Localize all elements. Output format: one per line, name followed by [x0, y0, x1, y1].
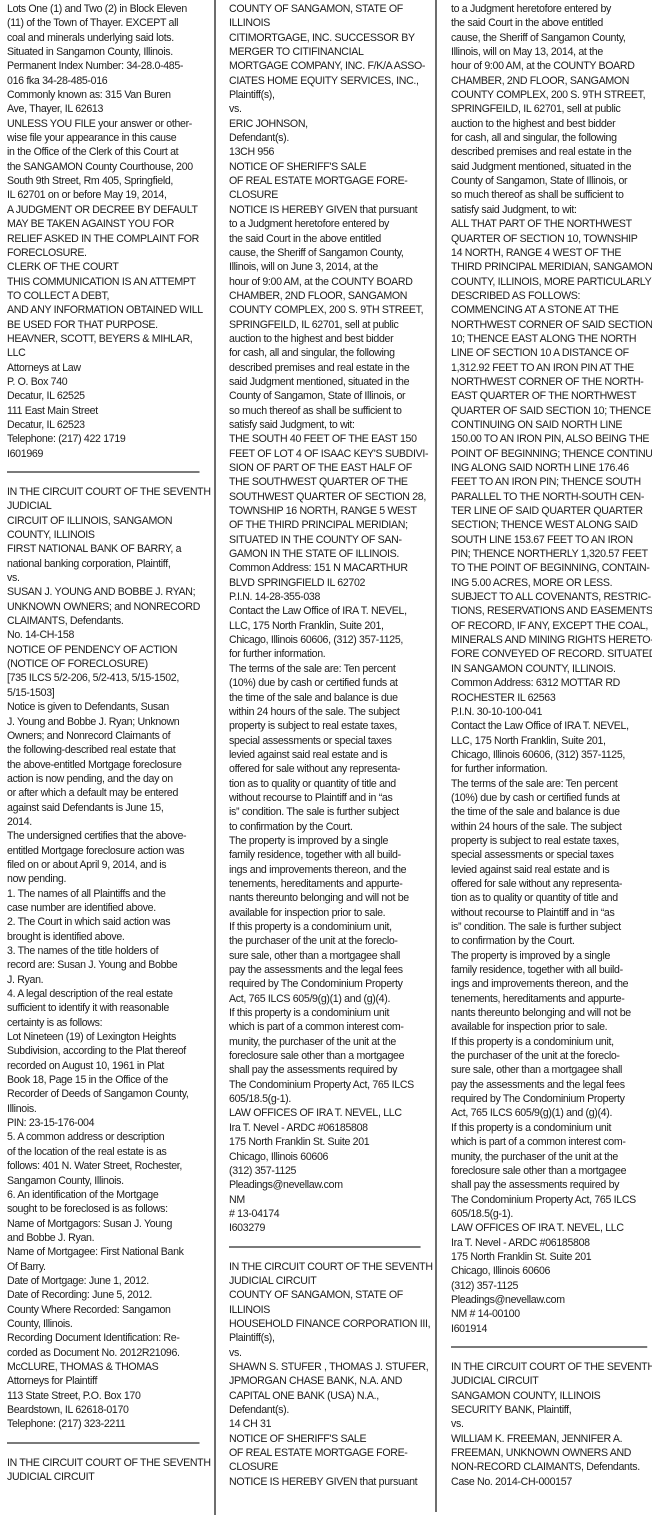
notice-line: family residence, together with all buil…: [451, 963, 647, 977]
notice-line: The undersigned certifies that the above…: [7, 829, 200, 843]
notice-line: Name of Mortgagors: Susan J. Young: [7, 1217, 200, 1231]
notice-line: Case No. 2014-CH-000157: [451, 1475, 647, 1489]
notice-line: Commonly known as: 315 Van Buren: [7, 88, 200, 102]
notice-line: within 24 hours of the sale. The subject: [451, 820, 647, 834]
notice-line: ILLINOIS: [229, 1303, 421, 1317]
notice-line: SITUATED IN THE COUNTY OF SAN-: [229, 533, 421, 547]
notice-line: I601914: [451, 1322, 647, 1336]
notice-line: Ira T. Nevel - ARDC #06185808: [229, 1121, 421, 1135]
notice-line: GAMON IN THE STATE OF ILLINOIS.: [229, 547, 421, 561]
notice-line: Decatur, IL 62525: [7, 389, 200, 403]
notice-line: The terms of the sale are: Ten percent: [451, 777, 647, 791]
notice-line: the SANGAMON County Courthouse, 200: [7, 160, 200, 174]
notice-line: the time of the sale and balance is due: [451, 805, 647, 819]
notice-line: 175 North Franklin St. Suite 201: [229, 1135, 421, 1149]
notice-line: Sangamon County, Illinois.: [7, 1174, 200, 1188]
notice-separator: [7, 1442, 200, 1444]
notice-line: nants thereunto belonging and will not b…: [229, 891, 421, 905]
notice-line: PIN: 23-15-176-004: [7, 1116, 200, 1130]
notice-line: 5. A common address or description: [7, 1130, 200, 1144]
notice-line: I603279: [229, 1221, 421, 1235]
notice-line: foreclosure sale other than a mortgagee: [229, 1049, 421, 1063]
notice-line: The property is improved by a single: [451, 949, 647, 963]
notice-line: said Judgment mentioned, situated in the: [451, 160, 647, 174]
notice-line: within 24 hours of the sale. The subject: [229, 705, 421, 719]
notice-line: tion as to quality or quantity of title …: [229, 777, 421, 791]
notice-line: NOTICE OF SHERIFF'S SALE: [229, 1432, 421, 1446]
notice-line: CLAIMANTS, Defendants.: [7, 614, 200, 628]
notice-line: If this property is a condominium unit,: [229, 920, 421, 934]
legal-notice: IN THE CIRCUIT COURT OF THE SEVENTHJUDIC…: [7, 485, 200, 1432]
notice-line: IL 62701 on or before May 19, 2014,: [7, 188, 200, 202]
notice-line: DESCRIBED AS FOLLOWS:: [451, 289, 647, 303]
notice-line: said Judgment mentioned, situated in the: [229, 375, 421, 389]
notice-line: Name of Mortgagee: First National Bank: [7, 1245, 200, 1259]
notice-line: foreclosure sale other than a mortgagee: [451, 1164, 647, 1178]
notice-line: COMMENCING AT A STONE AT THE: [451, 303, 647, 317]
notice-line: which is part of a common interest com-: [451, 1135, 647, 1149]
notice-line: P.I.N. 14-28-355-038: [229, 590, 421, 604]
notice-line: NM: [229, 1193, 421, 1207]
notice-line: CAPITAL ONE BANK (USA) N.A.,: [229, 1389, 421, 1403]
notice-line: FORECLOSURE.: [7, 246, 200, 260]
notice-line: to a Judgment heretofore entered by: [451, 2, 647, 16]
notice-line: OF REAL ESTATE MORTGAGE FORE-: [229, 174, 421, 188]
notice-line: The property is improved by a single: [229, 834, 421, 848]
notice-line: JUDICIAL CIRCUIT: [229, 1274, 421, 1288]
notice-line: SHAWN S. STUFER , THOMAS J. STUFER,: [229, 1360, 421, 1374]
notice-line: ROCHESTER IL 62563: [451, 691, 647, 705]
notice-line: JPMORGAN CHASE BANK, N.A. AND: [229, 1374, 421, 1388]
notice-line: Chicago, Illinois 60606, (312) 357-1125,: [451, 748, 647, 762]
notice-line: vs.: [229, 102, 421, 116]
notice-line: auction to the highest and best bidder: [229, 332, 421, 346]
notice-line: Illinois.: [7, 1102, 200, 1116]
notice-line: If this property is a condominium unit: [229, 1006, 421, 1020]
notice-line: Recording Document Identification: Re-: [7, 1331, 200, 1345]
notice-line: the purchaser of the unit at the foreclo…: [229, 934, 421, 948]
notice-line: 14 CH 31: [229, 1417, 421, 1431]
notice-line: SOUTHWEST QUARTER OF SECTION 28,: [229, 490, 421, 504]
notice-line: Contact the Law Office of IRA T. NEVEL,: [229, 604, 421, 618]
notice-line: P.I.N. 30-10-100-041: [451, 705, 647, 719]
notice-line: (11) of the Town of Thayer. EXCEPT all: [7, 16, 200, 30]
legal-notices-page: Lots One (1) and Two (2) in Block Eleven…: [0, 0, 652, 1527]
notice-line: Decatur, IL 62523: [7, 418, 200, 432]
notice-line: munity, the purchaser of the unit at the: [451, 1150, 647, 1164]
notice-line: CIRCUIT OF ILLINOIS, SANGAMON: [7, 514, 200, 528]
notice-line: levied against said real estate and is: [451, 863, 647, 877]
notice-line: RELIEF ASKED IN THE COMPLAINT FOR: [7, 232, 200, 246]
notice-line: NM # 14-00100: [451, 1307, 647, 1321]
notice-line: Contact the Law Office of IRA T. NEVEL,: [451, 719, 647, 733]
notice-line: If this property is a condominium unit: [451, 1121, 647, 1135]
notice-line: required by The Condominium Property: [229, 977, 421, 991]
notice-line: CHAMBER, 2ND FLOOR, SANGAMON: [229, 289, 421, 303]
notice-line: for cash, all and singular, the followin…: [229, 346, 421, 360]
notice-line: recorded on August 10, 1961 in Plat: [7, 1059, 200, 1073]
notice-line: HOUSEHOLD FINANCE CORPORATION III,: [229, 1317, 421, 1331]
notice-line: J. Ryan.: [7, 973, 200, 987]
notice-line: (10%) due by cash or certified funds at: [451, 791, 647, 805]
notice-line: CONTINUING ON SAID NORTH LINE: [451, 418, 647, 432]
legal-notice: IN THE CIRCUIT COURT OF THE SEVENTHJUDIC…: [451, 1360, 647, 1489]
notice-line: available for inspection prior to sale.: [229, 906, 421, 920]
notice-line: County of Sangamon, State of Illinois, o…: [451, 174, 647, 188]
notice-line: Ira T. Nevel - ARDC #06185808: [451, 1236, 647, 1250]
notice-line: SUSAN J. YOUNG AND BOBBE J. RYAN;: [7, 585, 200, 599]
notice-line: EAST QUARTER OF THE NORTHWEST: [451, 389, 647, 403]
notice-line: or after which a default may be entered: [7, 786, 200, 800]
notice-line: is” condition. The sale is further subje…: [451, 920, 647, 934]
notice-line: OF RECORD, IF ANY, EXCEPT THE COAL,: [451, 619, 647, 633]
notice-line: Chicago, Illinois 60606: [229, 1150, 421, 1164]
notice-line: IN THE CIRCUIT COURT OF THE SEVENTH: [229, 1260, 421, 1274]
notice-line: I601969: [7, 447, 200, 461]
notice-line: tion as to quality or quantity of title …: [451, 891, 647, 905]
notice-line: cause, the Sheriff of Sangamon County,: [451, 31, 647, 45]
notice-line: property is subject to real estate taxes…: [229, 719, 421, 733]
notice-line: entitled Mortgage foreclosure action was: [7, 844, 200, 858]
notice-line: Defendant(s).: [229, 131, 421, 145]
notice-line: 175 North Franklin St. Suite 201: [451, 1250, 647, 1264]
notice-line: auction to the highest and best bidder: [451, 117, 647, 131]
column-divider-2: [435, 0, 437, 1512]
notice-line: required by The Condominium Property: [451, 1092, 647, 1106]
notice-line: LLC, 175 North Franklin, Suite 201,: [229, 619, 421, 633]
notice-line: # 13-04174: [229, 1207, 421, 1221]
notice-line: 111 East Main Street: [7, 404, 200, 418]
notice-line: MINERALS AND MINING RIGHTS HERETO-: [451, 633, 647, 647]
notice-line: MAY BE TAKEN AGAINST YOU FOR: [7, 217, 200, 231]
notice-line: FIRST NATIONAL BANK OF BARRY, a: [7, 542, 200, 556]
notice-line: COUNTY, ILLINOIS, MORE PARTICULARLY: [451, 275, 647, 289]
notice-line: AND ANY INFORMATION OBTAINED WILL: [7, 303, 200, 317]
notice-line: action is now pending, and the day on: [7, 772, 200, 786]
notice-line: the said Court in the above entitled: [229, 232, 421, 246]
notice-line: NORTHWEST CORNER OF SAID SECTION: [451, 318, 647, 332]
notice-line: which is part of a common interest com-: [229, 1020, 421, 1034]
notice-line: tenements, hereditaments and appurte-: [229, 877, 421, 891]
notice-line: FORE CONVEYED OF RECORD. SITUATED: [451, 647, 647, 661]
notice-line: pay the assessments and the legal fees: [451, 1078, 647, 1092]
notice-line: record are: Susan J. Young and Bobbe: [7, 958, 200, 972]
notice-line: If this property is a condominium unit,: [451, 1035, 647, 1049]
notice-line: County Where Recorded: Sangamon: [7, 1303, 200, 1317]
notice-line: Pleadings@nevellaw.com: [229, 1178, 421, 1192]
legal-notice: to a Judgment heretofore entered bythe s…: [451, 2, 647, 1336]
notice-line: pay the assessments and the legal fees: [229, 963, 421, 977]
notice-line: The Condominium Property Act, 765 ILCS: [451, 1193, 647, 1207]
notice-line: satisfy said Judgment, to wit:: [229, 418, 421, 432]
notice-line: [735 ILCS 5/2-206, 5/2-413, 5/15-1502,: [7, 671, 200, 685]
column-3: to a Judgment heretofore entered bythe s…: [451, 2, 647, 1489]
notice-line: levied against said real estate and is: [229, 748, 421, 762]
notice-line: (312) 357-1125: [451, 1279, 647, 1293]
notice-line: 016 fka 34-28-485-016: [7, 74, 200, 88]
notice-line: Telephone: (217) 323-2211: [7, 1417, 200, 1431]
notice-line: The terms of the sale are: Ten percent: [229, 662, 421, 676]
notice-line: ings and improvements thereon, and the: [451, 977, 647, 991]
notice-line: the time of the sale and balance is due: [229, 691, 421, 705]
notice-line: described premises and real estate in th…: [451, 145, 647, 159]
notice-line: 2014.: [7, 815, 200, 829]
notice-line: Act, 765 ILCS 605/9(g)(1) and (g)(4).: [229, 992, 421, 1006]
notice-line: FEET TO AN IRON PIN; THENCE SOUTH: [451, 475, 647, 489]
notice-line: CLERK OF THE COURT: [7, 260, 200, 274]
notice-line: JUDICIAL CIRCUIT: [7, 1470, 200, 1484]
notice-line: Book 18, Page 15 in the Office of the: [7, 1073, 200, 1087]
notice-line: Common Address: 6312 MOTTAR RD: [451, 676, 647, 690]
notice-line: NOTICE OF SHERIFF'S SALE: [229, 160, 421, 174]
notice-line: P. O. Box 740: [7, 375, 200, 389]
legal-notice: IN THE CIRCUIT COURT OF THE SEVENTHJUDIC…: [7, 1456, 200, 1485]
notice-line: TO COLLECT A DEBT,: [7, 289, 200, 303]
notice-line: NORTHWEST CORNER OF THE NORTH-: [451, 375, 647, 389]
notice-line: 1,312.92 FEET TO AN IRON PIN AT THE: [451, 361, 647, 375]
notice-line: Illinois, will on June 3, 2014, at the: [229, 260, 421, 274]
notice-line: OF REAL ESTATE MORTGAGE FORE-: [229, 1446, 421, 1460]
notice-line: in the Office of the Clerk of this Court…: [7, 145, 200, 159]
notice-line: Chicago, Illinois 60606, (312) 357-1125,: [229, 633, 421, 647]
notice-line: LAW OFFICES OF IRA T. NEVEL, LLC: [229, 1106, 421, 1120]
notice-line: of the location of the real estate is as: [7, 1145, 200, 1159]
notice-line: IN SANGAMON COUNTY, ILLINOIS.: [451, 662, 647, 676]
notice-line: Situated in Sangamon County, Illinois.: [7, 45, 200, 59]
notice-line: QUARTER OF SECTION 10, TOWNSHIP: [451, 232, 647, 246]
notice-line: vs.: [7, 571, 200, 585]
notice-line: Attorneys for Plaintiff: [7, 1374, 200, 1388]
notice-line: LLC: [7, 346, 200, 360]
notice-line: SION OF PART OF THE EAST HALF OF: [229, 461, 421, 475]
notice-line: certainty is as follows:: [7, 1016, 200, 1030]
notice-line: the said Court in the above entitled: [451, 16, 647, 30]
notice-line: CLOSURE: [229, 1460, 421, 1474]
notice-line: special assessments or special taxes: [229, 734, 421, 748]
notice-line: satisfy said Judgment, to wit:: [451, 203, 647, 217]
notice-line: for further information.: [229, 647, 421, 661]
notice-line: J. Young and Bobbe J. Ryan; Unknown: [7, 715, 200, 729]
notice-line: MERGER TO CITIFINANCIAL: [229, 45, 421, 59]
notice-line: SANGAMON COUNTY, ILLINOIS: [451, 1389, 647, 1403]
notice-line: sought to be foreclosed is as follows:: [7, 1202, 200, 1216]
notice-line: BE USED FOR THAT PURPOSE.: [7, 318, 200, 332]
notice-line: LINE OF SECTION 10 A DISTANCE OF: [451, 346, 647, 360]
notice-line: for further information.: [451, 762, 647, 776]
notice-line: munity, the purchaser of the unit at the: [229, 1035, 421, 1049]
notice-line: property is subject to real estate taxes…: [451, 834, 647, 848]
notice-line: 605/18.5(g-1).: [451, 1207, 647, 1221]
notice-line: Date of Recording: June 5, 2012.: [7, 1288, 200, 1302]
notice-line: The Condominium Property Act, 765 ILCS: [229, 1078, 421, 1092]
notice-line: ALL THAT PART OF THE NORTHWEST: [451, 217, 647, 231]
notice-line: case number are identified above.: [7, 901, 200, 915]
notice-line: THE SOUTHWEST QUARTER OF THE: [229, 475, 421, 489]
notice-line: Attorneys at Law: [7, 361, 200, 375]
notice-line: SOUTH LINE 153.67 FEET TO AN IRON: [451, 533, 647, 547]
notice-line: JUDICIAL: [7, 499, 200, 513]
column-2: COUNTY OF SANGAMON, STATE OFILLINOISCITI…: [229, 2, 421, 1489]
notice-line: FREEMAN, UNKNOWN OWNERS AND: [451, 1446, 647, 1460]
notice-line: CIATES HOME EQUITY SERVICES, INC.,: [229, 74, 421, 88]
notice-line: Beardstown, IL 62618-0170: [7, 1403, 200, 1417]
notice-line: THIS COMMUNICATION IS AN ATTEMPT: [7, 275, 200, 289]
notice-line: so much thereof as shall be sufficient t…: [451, 188, 647, 202]
notice-line: THE SOUTH 40 FEET OF THE EAST 150: [229, 432, 421, 446]
notice-line: Plaintiff(s),: [229, 88, 421, 102]
notice-line: Ave, Thayer, IL 62613: [7, 102, 200, 116]
notice-line: for cash, all and singular, the followin…: [451, 131, 647, 145]
notice-line: (NOTICE OF FORECLOSURE): [7, 657, 200, 671]
notice-line: hour of 9:00 AM, at the COUNTY BOARD: [451, 59, 647, 73]
notice-line: THIRD PRINCIPAL MERIDIAN, SANGAMON: [451, 260, 647, 274]
notice-line: COUNTY OF SANGAMON, STATE OF: [229, 2, 421, 16]
notice-line: Notice is given to Defendants, Susan: [7, 700, 200, 714]
notice-line: 150.00 TO AN IRON PIN, ALSO BEING THE: [451, 432, 647, 446]
notice-line: NOTICE OF PENDENCY OF ACTION: [7, 643, 200, 657]
notice-line: Plaintiff(s),: [229, 1331, 421, 1345]
notice-line: County, Illinois.: [7, 1317, 200, 1331]
notice-line: Owners; and Nonrecord Claimants of: [7, 729, 200, 743]
notice-line: NON-RECORD CLAIMANTS, Defendants.: [451, 1460, 647, 1474]
notice-line: NOTICE IS HEREBY GIVEN that pursuant: [229, 1475, 421, 1489]
notice-line: PIN; THENCE NORTHERLY 1,320.57 FEET: [451, 547, 647, 561]
notice-line: TER LINE OF SAID QUARTER QUARTER: [451, 504, 647, 518]
notice-line: offered for sale without any representa-: [451, 877, 647, 891]
notice-line: Illinois, will on May 13, 2014, at the: [451, 45, 647, 59]
notice-line: COUNTY COMPLEX, 200 S. 9TH STREET,: [451, 88, 647, 102]
notice-line: CHAMBER, 2ND FLOOR, SANGAMON: [451, 74, 647, 88]
notice-line: (312) 357-1125: [229, 1164, 421, 1178]
column-divider-1: [214, 0, 216, 1515]
notice-line: vs.: [229, 1346, 421, 1360]
notice-line: nants thereunto belonging and will not b…: [451, 1006, 647, 1020]
notice-line: PARALLEL TO THE NORTH-SOUTH CEN-: [451, 490, 647, 504]
notice-line: (10%) due by cash or certified funds at: [229, 676, 421, 690]
notice-line: against said Defendants is June 15,: [7, 801, 200, 815]
notice-line: ILLINOIS: [229, 16, 421, 30]
notice-line: Subdivision, according to the Plat there…: [7, 1044, 200, 1058]
notice-line: brought is identified above.: [7, 930, 200, 944]
notice-line: QUARTER OF SAID SECTION 10; THENCE: [451, 404, 647, 418]
notice-line: Defendant(s).: [229, 1403, 421, 1417]
notice-line: corded as Document No. 2012R21096.: [7, 1346, 200, 1360]
notice-line: 113 State Street, P.O. Box 170: [7, 1389, 200, 1403]
notice-line: Act, 765 ILCS 605/9(g)(1) and (g)(4).: [451, 1106, 647, 1120]
notice-line: without recourse to Plaintiff and in “as: [229, 791, 421, 805]
notice-line: Lot Nineteen (19) of Lexington Heights: [7, 1030, 200, 1044]
notice-line: shall pay the assessments required by: [229, 1063, 421, 1077]
notice-line: IN THE CIRCUIT COURT OF THE SEVENTH: [7, 1456, 200, 1470]
notice-line: national banking corporation, Plaintiff,: [7, 557, 200, 571]
notice-line: Of Barry.: [7, 1260, 200, 1274]
notice-line: Permanent Index Number: 34-28.0-485-: [7, 59, 200, 73]
notice-line: TIONS, RESERVATIONS AND EASEMENTS: [451, 604, 647, 618]
notice-line: to a Judgment heretofore entered by: [229, 217, 421, 231]
notice-line: wise file your appearance in this cause: [7, 131, 200, 145]
notice-line: MORTGAGE COMPANY, INC. F/K/A ASSO-: [229, 59, 421, 73]
notice-line: 10; THENCE EAST ALONG THE NORTH: [451, 332, 647, 346]
notice-line: LAW OFFICES OF IRA T. NEVEL, LLC: [451, 1221, 647, 1235]
notice-line: County of Sangamon, State of Illinois, o…: [229, 389, 421, 403]
notice-line: FEET OF LOT 4 OF ISAAC KEY'S SUBDIVI-: [229, 447, 421, 461]
notice-line: so much thereof as shall be sufficient t…: [229, 404, 421, 418]
notice-line: HEAVNER, SCOTT, BEYERS & MIHLAR,: [7, 332, 200, 346]
notice-line: JUDICIAL CIRCUIT: [451, 1374, 647, 1388]
notice-line: SPRINGFEILD, IL 62701, sell at public: [451, 102, 647, 116]
notice-line: sure sale, other than a mortgagee shall: [451, 1063, 647, 1077]
notice-line: IN THE CIRCUIT COURT OF THE SEVENTH: [7, 485, 200, 499]
notice-line: Common Address: 151 N MACARTHUR: [229, 561, 421, 575]
legal-notice: IN THE CIRCUIT COURT OF THE SEVENTHJUDIC…: [229, 1260, 421, 1490]
notice-line: ING ALONG SAID NORTH LINE 176.46: [451, 461, 647, 475]
notice-line: Lots One (1) and Two (2) in Block Eleven: [7, 2, 200, 16]
notice-line: POINT OF BEGINNING; THENCE CONTINU-: [451, 447, 647, 461]
notice-line: NOTICE IS HEREBY GIVEN that pursuant: [229, 203, 421, 217]
notice-line: described premises and real estate in th…: [229, 361, 421, 375]
notice-line: Pleadings@nevellaw.com: [451, 1293, 647, 1307]
notice-line: Telephone: (217) 422 1719: [7, 432, 200, 446]
notice-line: BLVD SPRINGFIELD IL 62702: [229, 576, 421, 590]
notice-line: South 9th Street, Rm 405, Springfield,: [7, 174, 200, 188]
notice-line: CITIMORTGAGE, INC. SUCCESSOR BY: [229, 31, 421, 45]
notice-line: the above-entitled Mortgage foreclosure: [7, 758, 200, 772]
notice-line: hour of 9:00 AM, at the COUNTY BOARD: [229, 275, 421, 289]
notice-line: Date of Mortgage: June 1, 2012.: [7, 1274, 200, 1288]
notice-line: COUNTY OF SANGAMON, STATE OF: [229, 1288, 421, 1302]
notice-line: TO THE POINT OF BEGINNING, CONTAIN-: [451, 561, 647, 575]
notice-line: WILLIAM K. FREEMAN, JENNIFER A.: [451, 1432, 647, 1446]
notice-line: SECURITY BANK, Plaintiff,: [451, 1403, 647, 1417]
notice-line: and Bobbe J. Ryan.: [7, 1231, 200, 1245]
notice-line: without recourse to Plaintiff and in “as: [451, 906, 647, 920]
notice-line: 1. The names of all Plaintiffs and the: [7, 887, 200, 901]
notice-separator: [229, 1246, 421, 1248]
notice-line: sufficient to identify it with reasonabl…: [7, 1001, 200, 1015]
notice-line: ING 5.00 ACRES, MORE OR LESS.: [451, 576, 647, 590]
notice-line: CLOSURE: [229, 188, 421, 202]
notice-line: cause, the Sheriff of Sangamon County,: [229, 246, 421, 260]
notice-line: family residence, together with all buil…: [229, 848, 421, 862]
notice-line: No. 14-CH-158: [7, 628, 200, 642]
notice-line: tenements, hereditaments and appurte-: [451, 992, 647, 1006]
column-1: Lots One (1) and Two (2) in Block Eleven…: [7, 2, 200, 1484]
notice-separator: [451, 1346, 647, 1348]
notice-line: 6. An identification of the Mortgage: [7, 1188, 200, 1202]
notice-line: SUBJECT TO ALL COVENANTS, RESTRIC-: [451, 590, 647, 604]
notice-line: 605/18.5(g-1).: [229, 1092, 421, 1106]
notice-line: coal and minerals underlying said lots.: [7, 31, 200, 45]
notice-line: Recorder of Deeds of Sangamon County,: [7, 1087, 200, 1101]
notice-line: is” condition. The sale is further subje…: [229, 805, 421, 819]
notice-line: ERIC JOHNSON,: [229, 117, 421, 131]
notice-line: vs.: [451, 1417, 647, 1431]
notice-line: filed on or about April 9, 2014, and is: [7, 858, 200, 872]
notice-line: Chicago, Illinois 60606: [451, 1264, 647, 1278]
notice-line: IN THE CIRCUIT COURT OF THE SEVENTH: [451, 1360, 647, 1374]
notice-line: 5/15-1503]: [7, 686, 200, 700]
notice-line: UNLESS YOU FILE your answer or other-: [7, 117, 200, 131]
notice-line: 13CH 956: [229, 145, 421, 159]
notice-line: COUNTY COMPLEX, 200 S. 9TH STREET,: [229, 303, 421, 317]
notice-line: UNKNOWN OWNERS; and NONRECORD: [7, 600, 200, 614]
notice-line: SPRINGFEILD, IL 62701, sell at public: [229, 318, 421, 332]
legal-notice: Lots One (1) and Two (2) in Block Eleven…: [7, 2, 200, 461]
notice-line: to confirmation by the Court.: [229, 820, 421, 834]
notice-line: to confirmation by the Court.: [451, 934, 647, 948]
notice-line: 4. A legal description of the real estat…: [7, 987, 200, 1001]
notice-line: McCLURE, THOMAS & THOMAS: [7, 1360, 200, 1374]
